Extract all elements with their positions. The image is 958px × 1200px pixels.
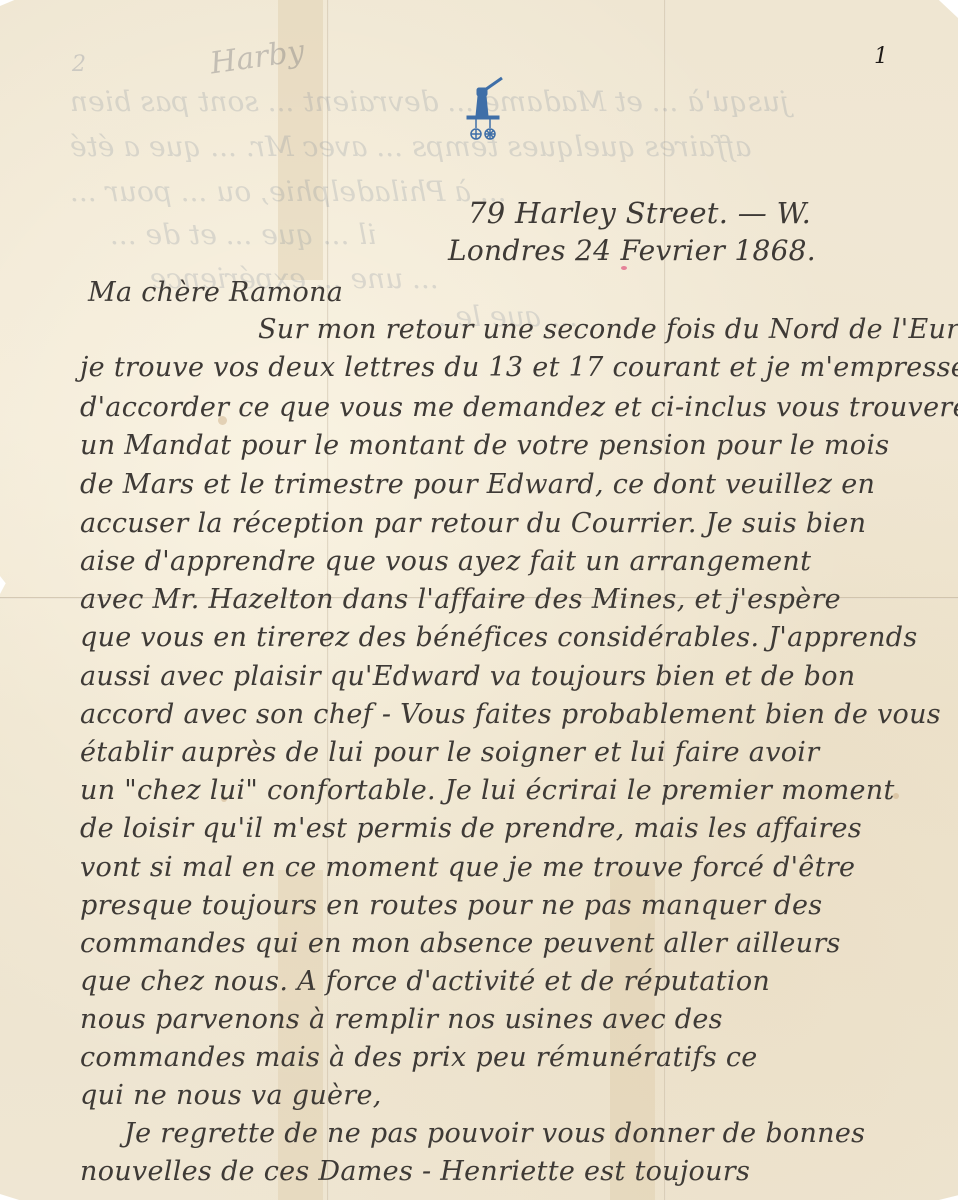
page-number: 1 — [874, 44, 888, 69]
letter-line: aussi avec plaisir qu'Edward va toujours… — [80, 661, 856, 692]
letter-line: de Mars et le trimestre pour Edward, ce … — [80, 469, 875, 500]
letter-line: je trouve vos deux lettres du 13 et 17 c… — [80, 352, 958, 383]
letter-line: nous parvenons à remplir nos usines avec… — [80, 1004, 723, 1035]
letter-line: que chez nous. A force d'activité et de … — [80, 966, 770, 997]
letter-line: vont si mal en ce moment que je me trouv… — [80, 852, 855, 883]
letter-line: Sur mon retour une seconde fois du Nord … — [258, 314, 958, 345]
bleed-through-line: jusqu'à ... et Madame ... devraient ... … — [70, 85, 789, 118]
letter-line: un "chez lui" confortable. Je lui écrira… — [80, 775, 895, 806]
letter-line: un Mandat pour le montant de votre pensi… — [80, 430, 889, 461]
letter-line: de loisir qu'il m'est permis de prendre,… — [80, 813, 862, 844]
bleed-through-line: affaires quelques temps ... avec Mr. ...… — [70, 130, 751, 163]
reverse-page-number: 2 — [72, 52, 86, 77]
letter-line: commandes qui en mon absence peuvent all… — [80, 928, 841, 959]
letter-line: que vous en tirerez des bénéfices consid… — [80, 622, 918, 653]
bleed-through-line: il ... que ... et de ... — [110, 218, 376, 251]
letter-line: accuser la réception par retour du Courr… — [80, 508, 866, 539]
letter-line: nouvelles de ces Dames - Henriette est t… — [80, 1156, 750, 1187]
letter-line: presque toujours en routes pour ne pas m… — [80, 890, 822, 921]
letter-line: Je regrette de ne pas pouvoir vous donne… — [124, 1118, 865, 1149]
tower-crest-icon — [462, 76, 508, 152]
letter-address: 79 Harley Street. — W. — [468, 196, 811, 230]
letter-salutation: Ma chère Ramona — [88, 277, 343, 308]
letter-page: jusqu'à ... et Madame ... devraient ... … — [0, 0, 958, 1200]
letter-line: accord avec son chef - Vous faites proba… — [80, 699, 941, 730]
bleed-through-line: ... à Philadelphie, ou ... pour ... — [70, 175, 507, 208]
letter-line: avec Mr. Hazelton dans l'affaire des Min… — [80, 584, 841, 615]
letter-line: aise d'apprendre que vous ayez fait un a… — [80, 546, 811, 577]
letter-line: commandes mais à des prix peu rémunérati… — [80, 1042, 758, 1073]
letter-line: établir auprès de lui pour le soigner et… — [80, 737, 819, 768]
letter-line: qui ne nous va guère, — [80, 1080, 382, 1111]
letter-line: d'accorder ce que vous me demandez et ci… — [80, 392, 958, 423]
letter-place-date: Londres 24 Fevrier 1868. — [448, 234, 816, 267]
